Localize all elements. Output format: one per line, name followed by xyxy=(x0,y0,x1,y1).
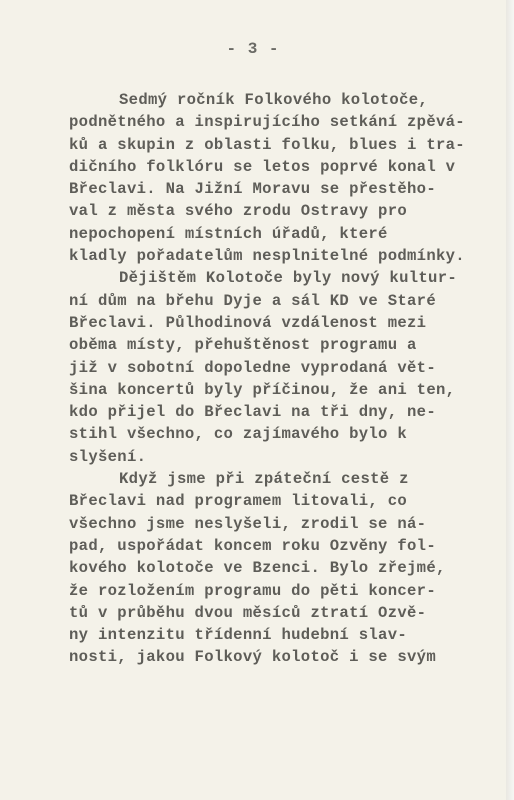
text-line: Dějištěm Kolotoče byly nový kultur- xyxy=(69,267,509,289)
body-text: Sedmý ročník Folkového kolotoče,podnětné… xyxy=(69,89,509,669)
text-line: nosti, jakou Folkový kolotoč i se svým xyxy=(69,646,509,668)
text-line: kového kolotoče ve Bzenci. Bylo zřejmé, xyxy=(69,557,509,579)
text-line: kdo přijel do Břeclavi na tři dny, ne- xyxy=(69,401,509,423)
text-line: Sedmý ročník Folkového kolotoče, xyxy=(69,89,509,111)
text-line: Břeclavi. Půlhodinová vzdálenost mezi xyxy=(69,312,509,334)
text-line: ků a skupin z oblasti folku, blues i tra… xyxy=(69,134,509,156)
text-line: kladly pořadatelům nesplnitelné podmínky… xyxy=(69,245,509,267)
text-line: Když jsme při zpáteční cestě z xyxy=(69,468,509,490)
page-number: - 3 - xyxy=(0,40,506,58)
text-line: Břeclavi nad programem litovali, co xyxy=(69,490,509,512)
text-line: již v sobotní dopoledne vyprodaná vět- xyxy=(69,357,509,379)
text-line: tů v průběhu dvou měsíců ztratí Ozvě- xyxy=(69,602,509,624)
text-line: Břeclavi. Na Jižní Moravu se přestěho- xyxy=(69,178,509,200)
typewritten-page: - 3 - Sedmý ročník Folkového kolotoče,po… xyxy=(0,0,506,800)
text-line: ní dům na břehu Dyje a sál KD ve Staré xyxy=(69,290,509,312)
text-line: šina koncertů byly příčinou, že ani ten, xyxy=(69,379,509,401)
text-line: ny intenzitu třídenní hudební slav- xyxy=(69,624,509,646)
text-line: že rozložením programu do pěti koncer- xyxy=(69,580,509,602)
text-line: nepochopení místních úřadů, které xyxy=(69,223,509,245)
page-edge xyxy=(506,0,514,800)
text-line: oběma místy, přehuštěnost programu a xyxy=(69,334,509,356)
text-line: val z města svého zrodu Ostravy pro xyxy=(69,200,509,222)
text-line: podnětného a inspirujícího setkání zpěvá… xyxy=(69,111,509,133)
text-line: dičního folklóru se letos poprvé konal v xyxy=(69,156,509,178)
text-line: všechno jsme neslyšeli, zrodil se ná- xyxy=(69,513,509,535)
text-line: slyšení. xyxy=(69,446,509,468)
text-line: stihl všechno, co zajímavého bylo k xyxy=(69,423,509,445)
text-line: pad, uspořádat koncem roku Ozvěny fol- xyxy=(69,535,509,557)
